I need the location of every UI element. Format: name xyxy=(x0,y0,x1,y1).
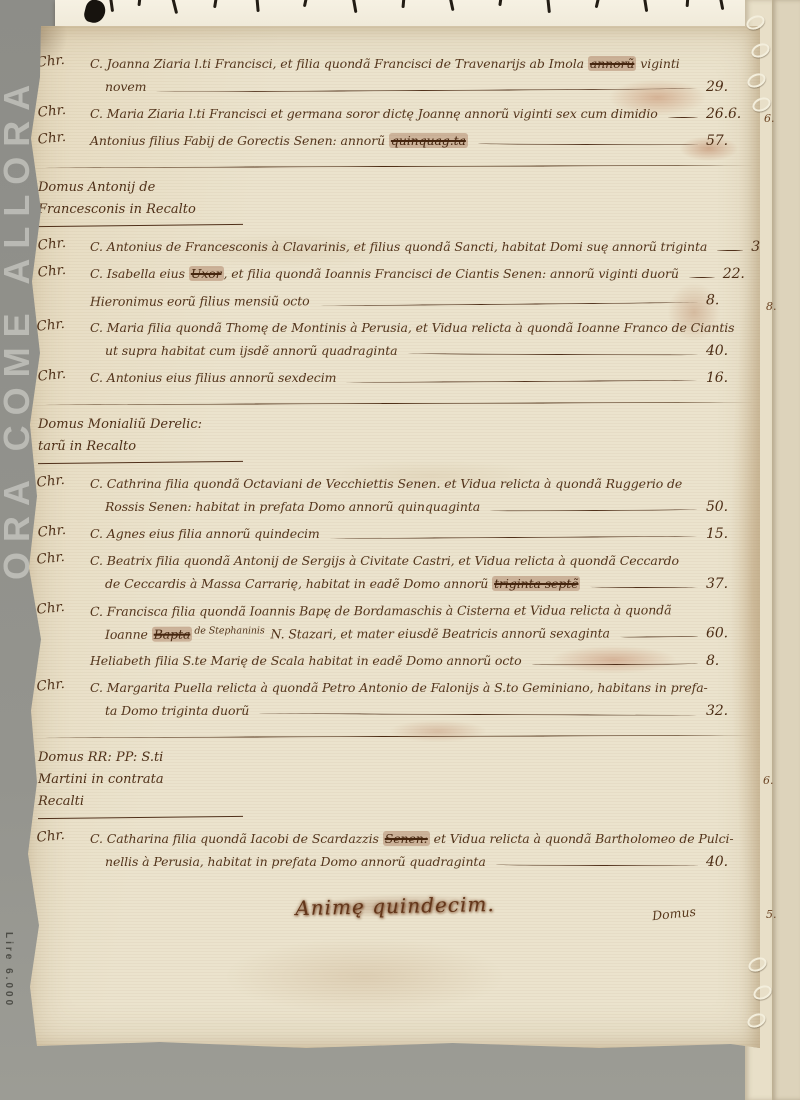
section-divider-line xyxy=(34,165,752,169)
entry-line: nellis à Perusia, habitat in prefata Dom… xyxy=(90,850,752,874)
age-number: 16. xyxy=(706,367,752,390)
entry-line: C. Beatrix filia quondã Antonij de Sergi… xyxy=(90,549,752,572)
entry-margin-label: Chr. xyxy=(36,469,93,521)
entry-body: C. Maria filia quondã Thomę de Montinis … xyxy=(90,316,752,363)
section-header: Domus Antonij deFrancesconis in Recalto xyxy=(38,177,752,226)
edge-mark: 6. xyxy=(763,774,774,787)
entry-line: Rossis Senen: habitat in prefata Domo an… xyxy=(90,495,752,519)
section-header: Domus Monialiũ Derelic:tarũ in Recalto xyxy=(38,414,752,463)
entry-line: C. Margarita Puella relicta à quondã Pet… xyxy=(90,676,752,699)
entry-line: Antonius filius Fabij de Gorectis Senen:… xyxy=(90,129,752,153)
edge-mark: 8. xyxy=(766,300,777,313)
section-header-line: Domus Antonij de xyxy=(38,177,752,199)
age-number: 8. xyxy=(706,289,752,312)
entry-line: ta Domo triginta duorũ32. xyxy=(90,699,752,723)
ruled-dash-line xyxy=(407,353,698,355)
entry-body: C. Cathrina filia quondã Octaviani de Ve… xyxy=(90,472,752,519)
ruled-dash-line xyxy=(330,536,698,539)
section-header-line: tarũ in Recalto xyxy=(38,436,752,458)
entry-margin-label: Chr. xyxy=(37,99,91,128)
age-number: 26.6. xyxy=(706,103,752,126)
age-number: 57. xyxy=(706,130,752,153)
souls-total-note: Animę quindecim. xyxy=(277,890,513,923)
entry-margin-label: Chr. xyxy=(36,546,93,598)
ruled-dash-line xyxy=(590,587,698,588)
entry-text: C. Agnes eius filia annorũ quindecim xyxy=(90,522,320,545)
section-header-line: Francesconis in Recalto xyxy=(38,199,752,221)
entry-margin-label: Chr. xyxy=(37,363,91,392)
entry-text: C. Antonius de Francesconis à Clavarinis… xyxy=(90,235,707,258)
clipped-writing-stroke xyxy=(401,0,405,8)
entry-margin-label xyxy=(37,646,91,675)
entry-text: C. Margarita Puella relicta à quondã Pet… xyxy=(90,676,708,699)
clipped-writing-stroke xyxy=(255,0,259,12)
edge-mark: 6. xyxy=(764,112,775,125)
entry-text: ta Domo triginta duorũ xyxy=(105,699,249,722)
register-entry: Chr.C. Cathrina filia quondã Octaviani d… xyxy=(38,472,752,519)
register-entry: Chr.C. Catharina filia quondã Iacobi de … xyxy=(38,827,752,874)
entry-text: C. Antonius eius filius annorũ sexdecim xyxy=(90,366,336,389)
age-number: 29. xyxy=(706,76,752,99)
register-entry: Chr.C. Agnes eius filia annorũ quindecim… xyxy=(38,522,752,546)
entry-line: C. Catharina filia quondã Iacobi de Scar… xyxy=(90,827,752,850)
register-entry: Chr.C. Joanna Ziaria l.ti Francisci, et … xyxy=(38,52,752,99)
age-number: 32. xyxy=(706,700,752,723)
entry-body: C. Isabella eius Uxor, et filia quondã I… xyxy=(90,262,752,286)
section-header-line: Domus RR: PP: S.ti xyxy=(38,747,752,769)
entry-text: C. Isabella eius Uxor, et filia quondã I… xyxy=(90,262,679,285)
clipped-writing-stroke xyxy=(719,0,724,10)
age-number: 40. xyxy=(706,851,752,874)
entry-text: ut supra habitat cum ijsdẽ annorũ quadra… xyxy=(105,339,397,362)
age-number: 8. xyxy=(706,650,752,673)
entry-body: C. Beatrix filia quondã Antonij de Sergi… xyxy=(90,549,752,596)
age-number: 15. xyxy=(706,523,752,546)
age-number: 60. xyxy=(706,622,752,645)
ruled-dash-line xyxy=(620,636,698,638)
entry-body: C. Antonius de Francesconis à Clavarinis… xyxy=(90,235,752,259)
register-entry: Chr.C. Francisca filia quondã Ioannis Ba… xyxy=(38,599,752,646)
entry-body: Hieronimus eorũ filius mensiũ octo8. xyxy=(90,289,752,313)
entry-margin-label: Chr. xyxy=(36,49,93,101)
ruled-dash-line xyxy=(156,88,698,92)
age-number: 37. xyxy=(706,573,752,596)
entry-text: Ioanne Baptade Stephaninis N. Stazari, e… xyxy=(105,622,610,646)
entry-text: C. Maria filia quondã Thomę de Montinis … xyxy=(90,316,734,339)
clipped-writing-stroke xyxy=(352,0,357,13)
entry-body: C. Francisca filia quondã Ioannis Bapę d… xyxy=(90,599,752,646)
entry-margin-label xyxy=(37,286,91,315)
entry-text: C. Maria Ziaria l.ti Francisci et german… xyxy=(90,102,658,125)
entry-body: C. Antonius eius filius annorũ sexdecim1… xyxy=(90,366,752,390)
clipped-writing-stroke xyxy=(303,0,308,7)
section-underline xyxy=(38,224,243,227)
entry-margin-label: Chr. xyxy=(37,259,91,288)
entry-text: novem xyxy=(105,75,146,98)
entry-text: C. Catharina filia quondã Iacobi de Scar… xyxy=(90,827,734,850)
entry-body: C. Joanna Ziaria l.ti Francisci, et fili… xyxy=(90,52,752,99)
entry-line: C. Cathrina filia quondã Octaviani de Ve… xyxy=(90,472,752,495)
entry-line: C. Maria filia quondã Thomę de Montinis … xyxy=(90,316,752,339)
entry-line: C. Antonius de Francesconis à Clavarinis… xyxy=(90,235,752,259)
entry-line: C. Agnes eius filia annorũ quindecim15. xyxy=(90,522,752,546)
entry-margin-label: Chr. xyxy=(36,824,93,876)
entry-text: C. Joanna Ziaria l.ti Francisci, et fili… xyxy=(90,52,680,75)
register-entry: Hieronimus eorũ filius mensiũ octo8. xyxy=(38,289,752,313)
register-entry: Chr.C. Maria filia quondã Thomę de Monti… xyxy=(38,316,752,363)
ruled-dash-line xyxy=(532,663,698,665)
entry-line: C. Isabella eius Uxor, et filia quondã I… xyxy=(90,262,752,286)
scanned-document-photo: { "sleeve": { "brand_text": "ORA COME AL… xyxy=(0,0,800,1100)
entry-margin-label: Chr. xyxy=(37,126,91,155)
entry-margin-label: Chr. xyxy=(37,519,91,548)
ruled-dash-line xyxy=(478,144,698,146)
clipped-writing-stroke xyxy=(498,0,502,6)
entry-text: C. Beatrix filia quondã Antonij de Sergi… xyxy=(90,549,679,572)
clipped-writing-stroke xyxy=(109,0,114,12)
entry-margin-label: Chr. xyxy=(36,313,93,365)
register-entry: Chr.C. Maria Ziaria l.ti Francisci et ge… xyxy=(38,102,752,126)
entry-line: C. Joanna Ziaria l.ti Francisci, et fili… xyxy=(90,52,752,75)
register-entry: Heliabeth filia S.te Marię de Scala habi… xyxy=(38,649,752,673)
entry-line: novem29. xyxy=(90,75,752,99)
clipped-writing-stroke xyxy=(138,0,142,6)
ruled-dash-line xyxy=(668,117,698,118)
entry-body: Antonius filius Fabij de Gorectis Senen:… xyxy=(90,129,752,153)
entry-line: Hieronimus eorũ filius mensiũ octo8. xyxy=(90,288,752,314)
entry-margin-label: Chr. xyxy=(36,596,93,648)
clipped-writing-stroke xyxy=(171,0,178,14)
section-header-line: Domus Monialiũ Derelic: xyxy=(38,414,752,436)
entry-line: C. Maria Ziaria l.ti Francisci et german… xyxy=(90,102,752,126)
age-number: 40. xyxy=(706,340,752,363)
clipped-writing-stroke xyxy=(546,0,550,13)
register-entry: Chr.C. Antonius de Francesconis à Clavar… xyxy=(38,235,752,259)
ruled-dash-line xyxy=(717,250,743,251)
section-header-line: Recalti xyxy=(38,791,752,813)
ruled-dash-line xyxy=(259,713,698,716)
entry-body: C. Catharina filia quondã Iacobi de Scar… xyxy=(90,827,752,874)
register-entry: Chr.C. Margarita Puella relicta à quondã… xyxy=(38,676,752,723)
clipped-writing-stroke xyxy=(594,0,599,8)
ruled-dash-line xyxy=(346,380,698,383)
top-page-edge xyxy=(55,0,748,30)
age-number: 50. xyxy=(706,496,752,519)
entry-line: Heliabeth filia S.te Marię de Scala habi… xyxy=(90,649,752,673)
entry-line: Ioanne Baptade Stephaninis N. Stazari, e… xyxy=(90,621,752,647)
entry-body: C. Maria Ziaria l.ti Francisci et german… xyxy=(90,102,752,126)
entry-text: Antonius filius Fabij de Gorectis Senen:… xyxy=(90,129,468,152)
entry-line: de Ceccardis à Massa Carrarię, habitat i… xyxy=(90,572,752,596)
clipped-writing-stroke xyxy=(685,0,688,7)
register-entry: Chr.C. Beatrix filia quondã Antonij de S… xyxy=(38,549,752,596)
sleeve-price-text: Lire 6.000 xyxy=(3,932,14,1042)
ink-blot xyxy=(83,0,108,25)
entry-margin-label: Chr. xyxy=(37,232,91,261)
entry-line: C. Francisca filia quondã Ioannis Bapę d… xyxy=(90,598,752,623)
entry-body: C. Margarita Puella relicta à quondã Pet… xyxy=(90,676,752,723)
entry-text: nellis à Perusia, habitat in prefata Dom… xyxy=(105,850,486,873)
entry-text: de Ceccardis à Massa Carrarię, habitat i… xyxy=(105,572,580,595)
section-header: Domus RR: PP: S.tiMartini in contrataRec… xyxy=(38,747,752,818)
entry-text: Hieronimus eorũ filius mensiũ octo xyxy=(90,289,310,313)
ruled-dash-line xyxy=(496,865,698,867)
entry-margin-label: Chr. xyxy=(36,673,93,725)
register-entry: Chr.Antonius filius Fabij de Gorectis Se… xyxy=(38,129,752,153)
entry-body: Heliabeth filia S.te Marię de Scala habi… xyxy=(90,649,752,673)
register-entry: Chr.C. Antonius eius filius annorũ sexde… xyxy=(38,366,752,390)
entry-text: Heliabeth filia S.te Marię de Scala habi… xyxy=(90,649,522,672)
section-header-line: Martini in contrata xyxy=(38,769,752,791)
entry-line: C. Antonius eius filius annorũ sexdecim1… xyxy=(90,366,752,390)
clipped-writing-stroke xyxy=(643,0,648,12)
entry-text: Rossis Senen: habitat in prefata Domo an… xyxy=(105,495,480,518)
section-underline xyxy=(38,461,243,464)
entry-text: C. Francisca filia quondã Ioannis Bapę d… xyxy=(90,598,671,623)
register-entry: Chr.C. Isabella eius Uxor, et filia quon… xyxy=(38,262,752,286)
under-page-edge-outer xyxy=(772,0,800,1100)
section-divider-line xyxy=(34,402,752,406)
ruled-dash-line xyxy=(689,277,715,278)
page-footer: Animę quindecim.Domus xyxy=(38,888,752,940)
edge-mark: 5. xyxy=(766,908,777,921)
clipped-writing-stroke xyxy=(213,0,217,8)
manuscript-page: Chr.C. Joanna Ziaria l.ti Francisci, et … xyxy=(28,26,760,1048)
entry-line: ut supra habitat cum ijsdẽ annorũ quadra… xyxy=(90,339,752,363)
section-divider-line xyxy=(34,735,752,739)
entry-body: C. Agnes eius filia annorũ quindecim15. xyxy=(90,522,752,546)
entry-text: C. Cathrina filia quondã Octaviani de Ve… xyxy=(90,472,682,495)
clipped-writing-stroke xyxy=(448,0,454,11)
catchword: Domus xyxy=(651,904,696,924)
ruled-dash-line xyxy=(320,302,698,306)
ruled-dash-line xyxy=(490,509,698,511)
section-underline xyxy=(38,816,243,819)
page-rows: Chr.C. Joanna Ziaria l.ti Francisci, et … xyxy=(28,26,760,940)
